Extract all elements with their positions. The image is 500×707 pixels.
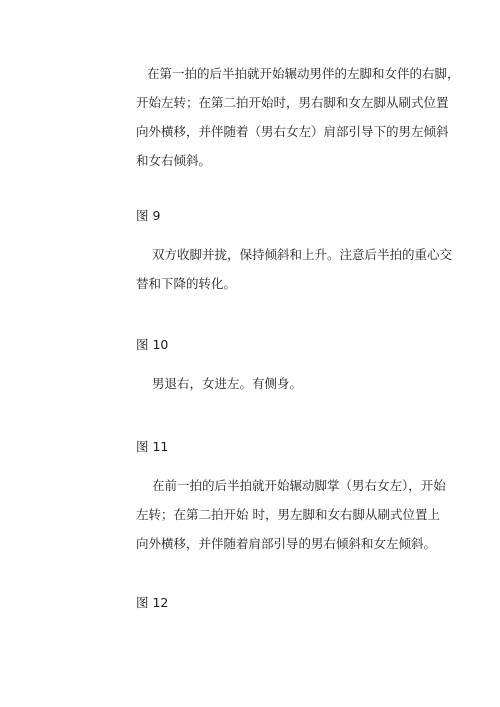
paragraph-line: 左转；在第二拍开始 时，男左脚和女右脚从刷式位置上 [136, 507, 440, 523]
paragraph-line: 男退右，女进左。有侧身。 [152, 376, 302, 392]
figure-caption-9: 图 9 [136, 208, 160, 224]
paragraph-line: 替和下降的转化。 [136, 276, 236, 292]
paragraph-line: 在前一拍的后半拍就开始辗动脚掌（男右女左），开始 [152, 478, 446, 494]
paragraph-line: 在第一拍的后半拍就开始辗动男伴的左脚和女伴的右脚， [147, 66, 460, 82]
document-page: 在第一拍的后半拍就开始辗动男伴的左脚和女伴的右脚， 开始左转；在第二拍开始时，男… [0, 0, 500, 707]
paragraph-line: 双方收脚并拢，保持倾斜和上升。注意后半拍的重心交 [152, 247, 452, 263]
figure-caption-10: 图 10 [136, 337, 168, 353]
paragraph-line: 向外横移，并伴随着肩部引导的男右倾斜和女左倾斜。 [136, 536, 436, 552]
figure-caption-12: 图 12 [136, 595, 168, 611]
paragraph-line: 向外横移，并伴随着（男右女左）肩部引导下的男左倾斜 [136, 124, 449, 140]
paragraph-line: 和女右倾斜。 [136, 153, 211, 169]
paragraph-line: 开始左转；在第二拍开始时，男右脚和女左脚从刷式位置 [136, 95, 449, 111]
figure-caption-11: 图 11 [136, 439, 168, 455]
